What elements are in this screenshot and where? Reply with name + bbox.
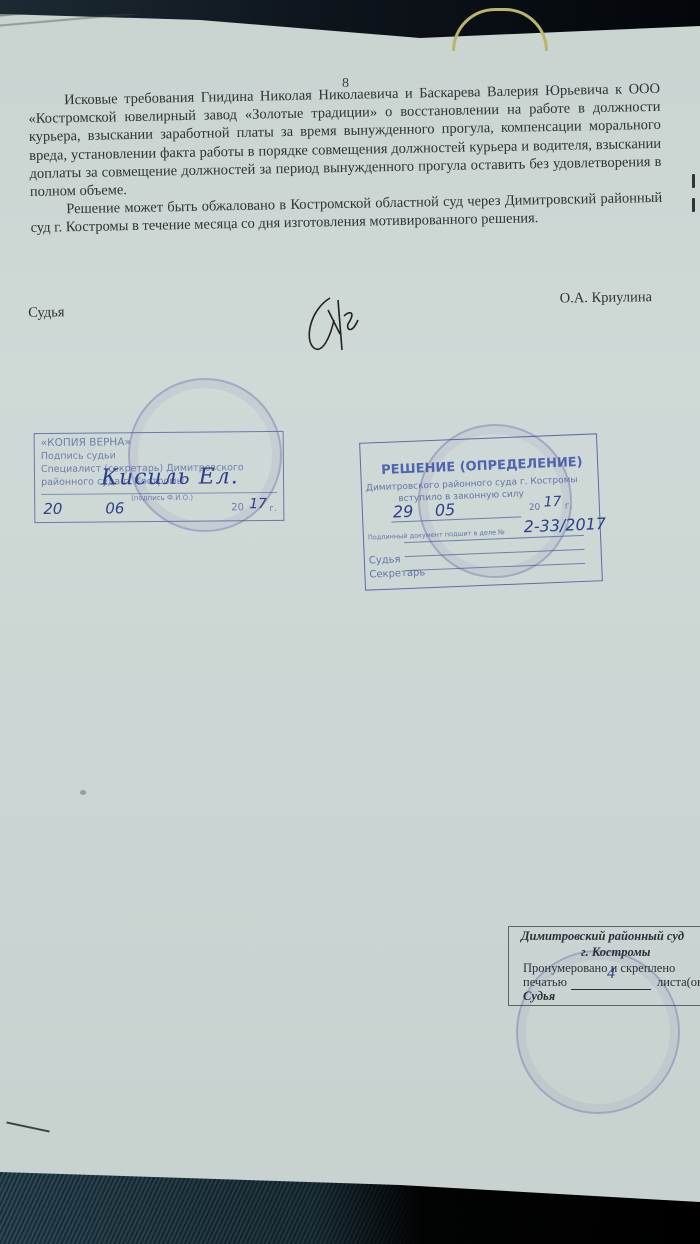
underlying-page-edges bbox=[0, 14, 460, 38]
binding-judge-label: Судья bbox=[523, 989, 555, 1004]
decision-day: 29 bbox=[393, 502, 414, 522]
binding-stamp: Димитровский районный суд г. Костромы Пр… bbox=[508, 926, 700, 1006]
edge-mark bbox=[692, 174, 695, 188]
handwritten-name: Кисиль Ел. bbox=[101, 464, 239, 490]
decision-year-unit: г. bbox=[565, 501, 573, 511]
ruling-paragraph: Исковые требования Гнидина Николая Никол… bbox=[28, 80, 662, 201]
binding-court: Димитровский районный суд bbox=[521, 929, 684, 944]
secretary-line bbox=[405, 563, 585, 571]
copy-year-unit: г. bbox=[269, 504, 277, 514]
signer-name: О.А. Криулина bbox=[560, 289, 653, 307]
judge-line bbox=[405, 549, 585, 557]
edge-mark bbox=[692, 198, 695, 212]
signer-role: Судья bbox=[28, 304, 65, 322]
decision-month: 05 bbox=[435, 500, 456, 520]
binding-sheets-label: листа(ов) bbox=[657, 975, 700, 990]
sheet-count-line bbox=[571, 989, 651, 990]
decision-judge-label: Судья bbox=[369, 554, 401, 566]
copy-day: 20 bbox=[43, 500, 62, 518]
binding-numbered-label: Пронумеровано и скреплено bbox=[523, 961, 675, 976]
copy-certified-stamp: «КОПИЯ ВЕРНА» Подпись судьи Специалист (… bbox=[34, 431, 285, 523]
copy-year-suffix: 17 bbox=[249, 496, 267, 512]
document-body: Исковые требования Гнидина Николая Никол… bbox=[28, 80, 663, 238]
binding-city: г. Костромы bbox=[581, 945, 650, 960]
binding-seal-label: печатью bbox=[523, 975, 567, 990]
decision-year-prefix: 20 bbox=[529, 503, 541, 513]
judge-signature bbox=[300, 290, 380, 360]
copy-month: 06 bbox=[105, 499, 124, 517]
signature-caption: (подпись Ф.И.О.) bbox=[131, 494, 193, 503]
decision-stamp-title: РЕШЕНИЕ (ОПРЕДЕЛЕНИЕ) bbox=[381, 455, 583, 478]
decision-in-force-stamp: РЕШЕНИЕ (ОПРЕДЕЛЕНИЕ) Димитровского райо… bbox=[359, 433, 603, 590]
copy-stamp-title: «КОПИЯ ВЕРНА» bbox=[41, 436, 131, 449]
binding-sheet-count: 4 bbox=[607, 965, 615, 983]
decision-year-suffix: 17 bbox=[543, 494, 561, 511]
case-number: 2-33/2017 bbox=[523, 514, 606, 536]
paper-speck bbox=[80, 790, 86, 795]
judge-signature-label: Подпись судьи bbox=[41, 450, 116, 462]
copy-year-prefix: 20 bbox=[231, 502, 244, 513]
